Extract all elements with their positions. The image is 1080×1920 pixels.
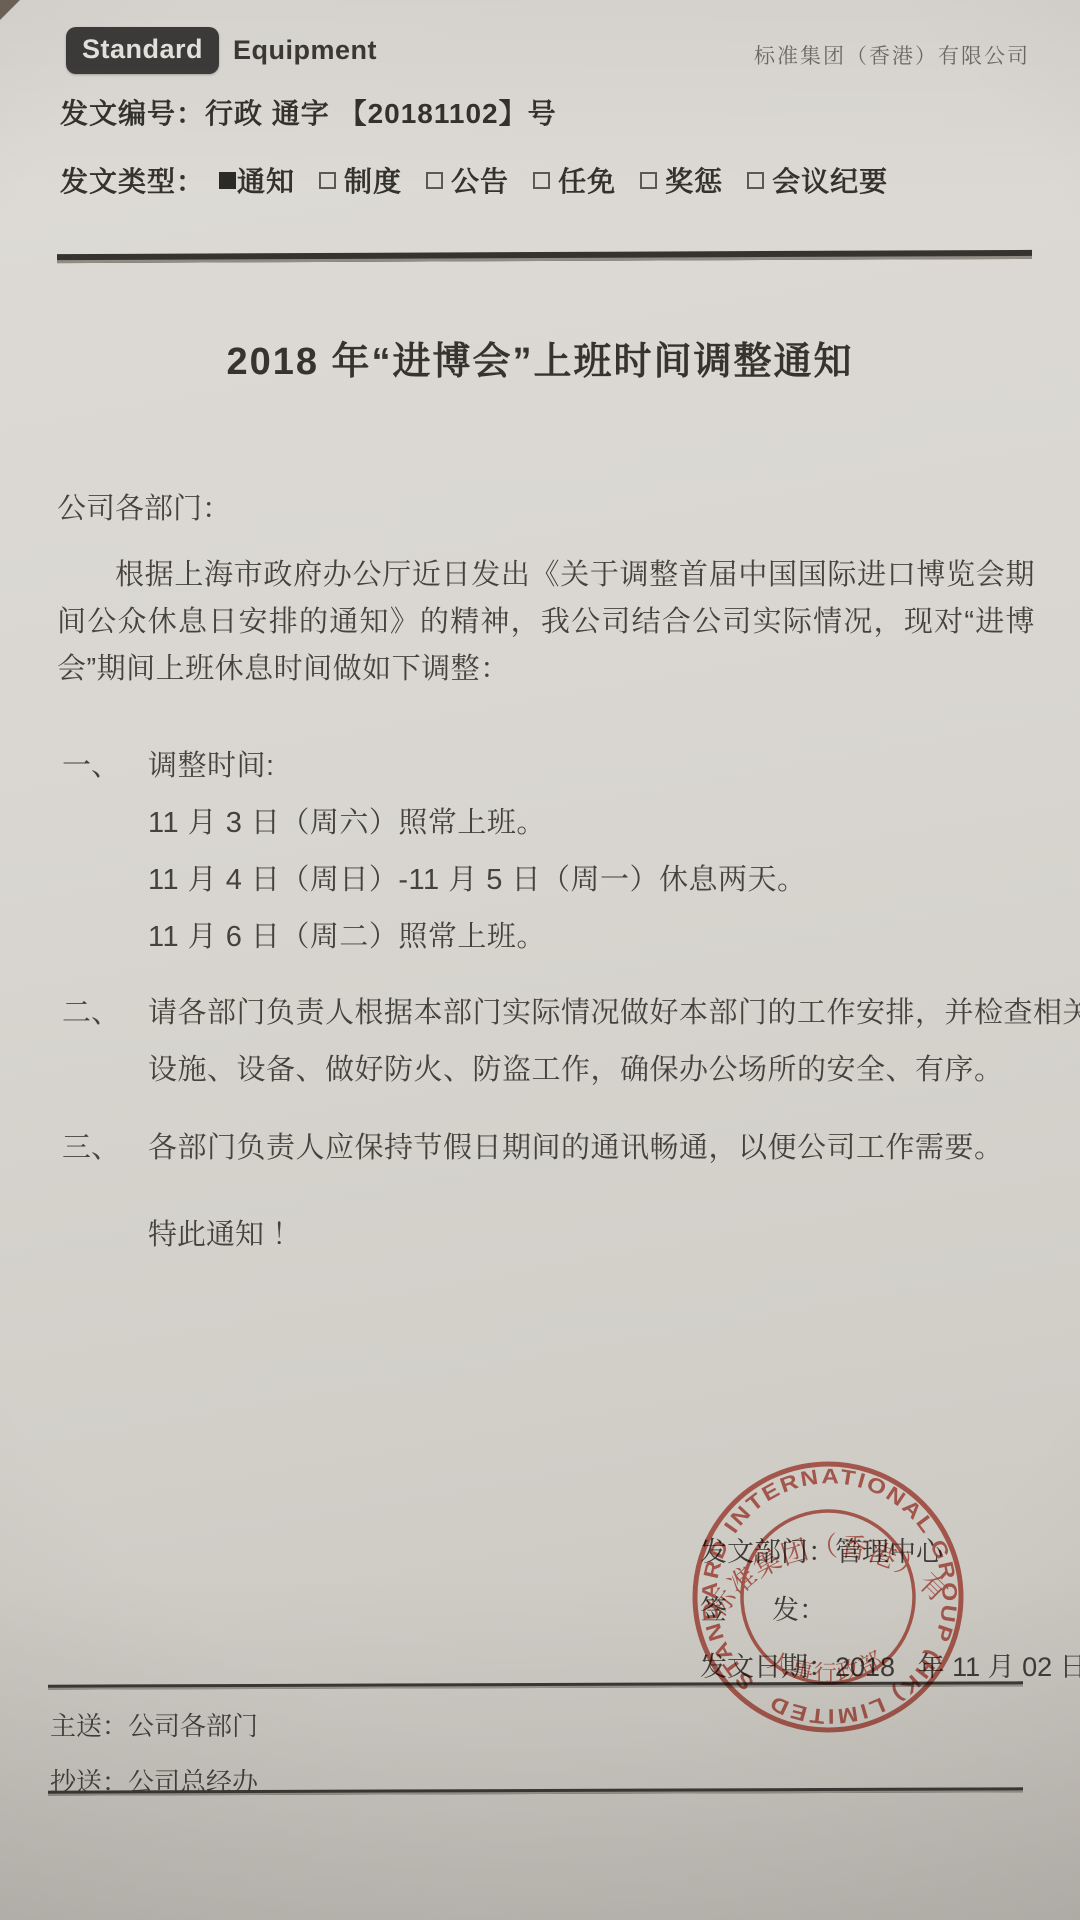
doc-type-option-label: 会议纪要 xyxy=(772,160,888,200)
doc-type-row: 发文类型： 通知 制度 公告 任免 奖惩 xyxy=(60,160,888,200)
doc-type-options: 通知 制度 公告 任免 奖惩 会议纪要 xyxy=(219,160,888,200)
doc-number-row: 发文编号：行政 通字 【20181102】号 xyxy=(60,92,557,132)
checkbox-empty-icon xyxy=(319,172,336,189)
company-name: 标准集团（香港）有限公司 xyxy=(754,40,1030,70)
page-title: 2018 年“进博会”上班时间调整通知 xyxy=(0,330,1080,385)
doc-type-option-label: 通知 xyxy=(237,160,295,200)
doc-type-label: 发文类型： xyxy=(60,160,205,200)
intro-paragraph: 根据上海市政府办公厅近日发出《关于调整首届中国国际进口博览会期间公众休息日安排的… xyxy=(57,552,1035,693)
doc-type-option-label: 公告 xyxy=(451,160,509,200)
photo-corner-shadow xyxy=(0,0,20,20)
section-2-number: 二、 xyxy=(62,990,120,1031)
checkbox-empty-icon xyxy=(426,172,443,189)
doc-type-option: 奖惩 xyxy=(640,160,723,200)
company-stamp: STANDARD INTERNATIONAL GROUP (HK) LIMITE… xyxy=(679,1448,978,1747)
doc-type-option-label: 制度 xyxy=(344,160,402,200)
salutation: 公司各部门： xyxy=(57,486,231,527)
main-to-row: 主送：公司各部门 xyxy=(50,1706,258,1743)
doc-number-label: 发文编号： xyxy=(60,98,205,129)
section-1-number: 一、 xyxy=(62,743,120,784)
brand-badge: Standard xyxy=(66,27,219,74)
section-1-line: 11 月 4 日（周日）-11 月 5 日（周一）休息两天。 xyxy=(148,857,806,898)
main-to-value: 公司各部门 xyxy=(128,1711,258,1741)
section-2-line: 设施、设备、做好防火、防盗工作，确保办公场所的安全、有序。 xyxy=(148,1047,1004,1088)
brand-suffix: Equipment xyxy=(233,35,377,66)
doc-type-option-label: 任免 xyxy=(558,160,616,200)
section-3-line: 各部门负责人应保持节假日期间的通讯畅通，以便公司工作需要。 xyxy=(148,1125,1004,1166)
section-1-line: 11 月 6 日（周二）照常上班。 xyxy=(148,914,546,955)
header-divider xyxy=(57,250,1032,263)
doc-type-option: 会议纪要 xyxy=(747,160,888,200)
doc-number-value: 行政 通字 【20181102】号 xyxy=(205,98,557,129)
section-1-line: 调整时间: xyxy=(148,743,275,784)
checkbox-empty-icon xyxy=(747,172,764,189)
doc-type-option: 任免 xyxy=(533,160,616,200)
main-to-label: 主送： xyxy=(50,1711,128,1741)
doc-type-option: 公告 xyxy=(426,160,509,200)
doc-type-option-label: 奖惩 xyxy=(665,160,723,200)
checkbox-empty-icon xyxy=(533,172,550,189)
checkbox-checked-icon xyxy=(219,172,236,189)
document-sheet: Standard Equipment 标准集团（香港）有限公司 发文编号：行政 … xyxy=(0,0,1080,1920)
doc-type-option: 制度 xyxy=(319,160,402,200)
section-3-number: 三、 xyxy=(62,1125,120,1166)
brand-logo: Standard Equipment xyxy=(66,27,377,74)
section-2-line: 请各部门负责人根据本部门实际情况做好本部门的工作安排，并检查相关 xyxy=(148,990,1080,1031)
stamp-dept-text: 人事行政部 xyxy=(763,1639,889,1692)
doc-type-option: 通知 xyxy=(219,160,295,200)
closing-line: 特此通知 ！ xyxy=(148,1212,301,1253)
section-1-line: 11 月 3 日（周六）照常上班。 xyxy=(148,800,546,841)
checkbox-empty-icon xyxy=(640,172,657,189)
